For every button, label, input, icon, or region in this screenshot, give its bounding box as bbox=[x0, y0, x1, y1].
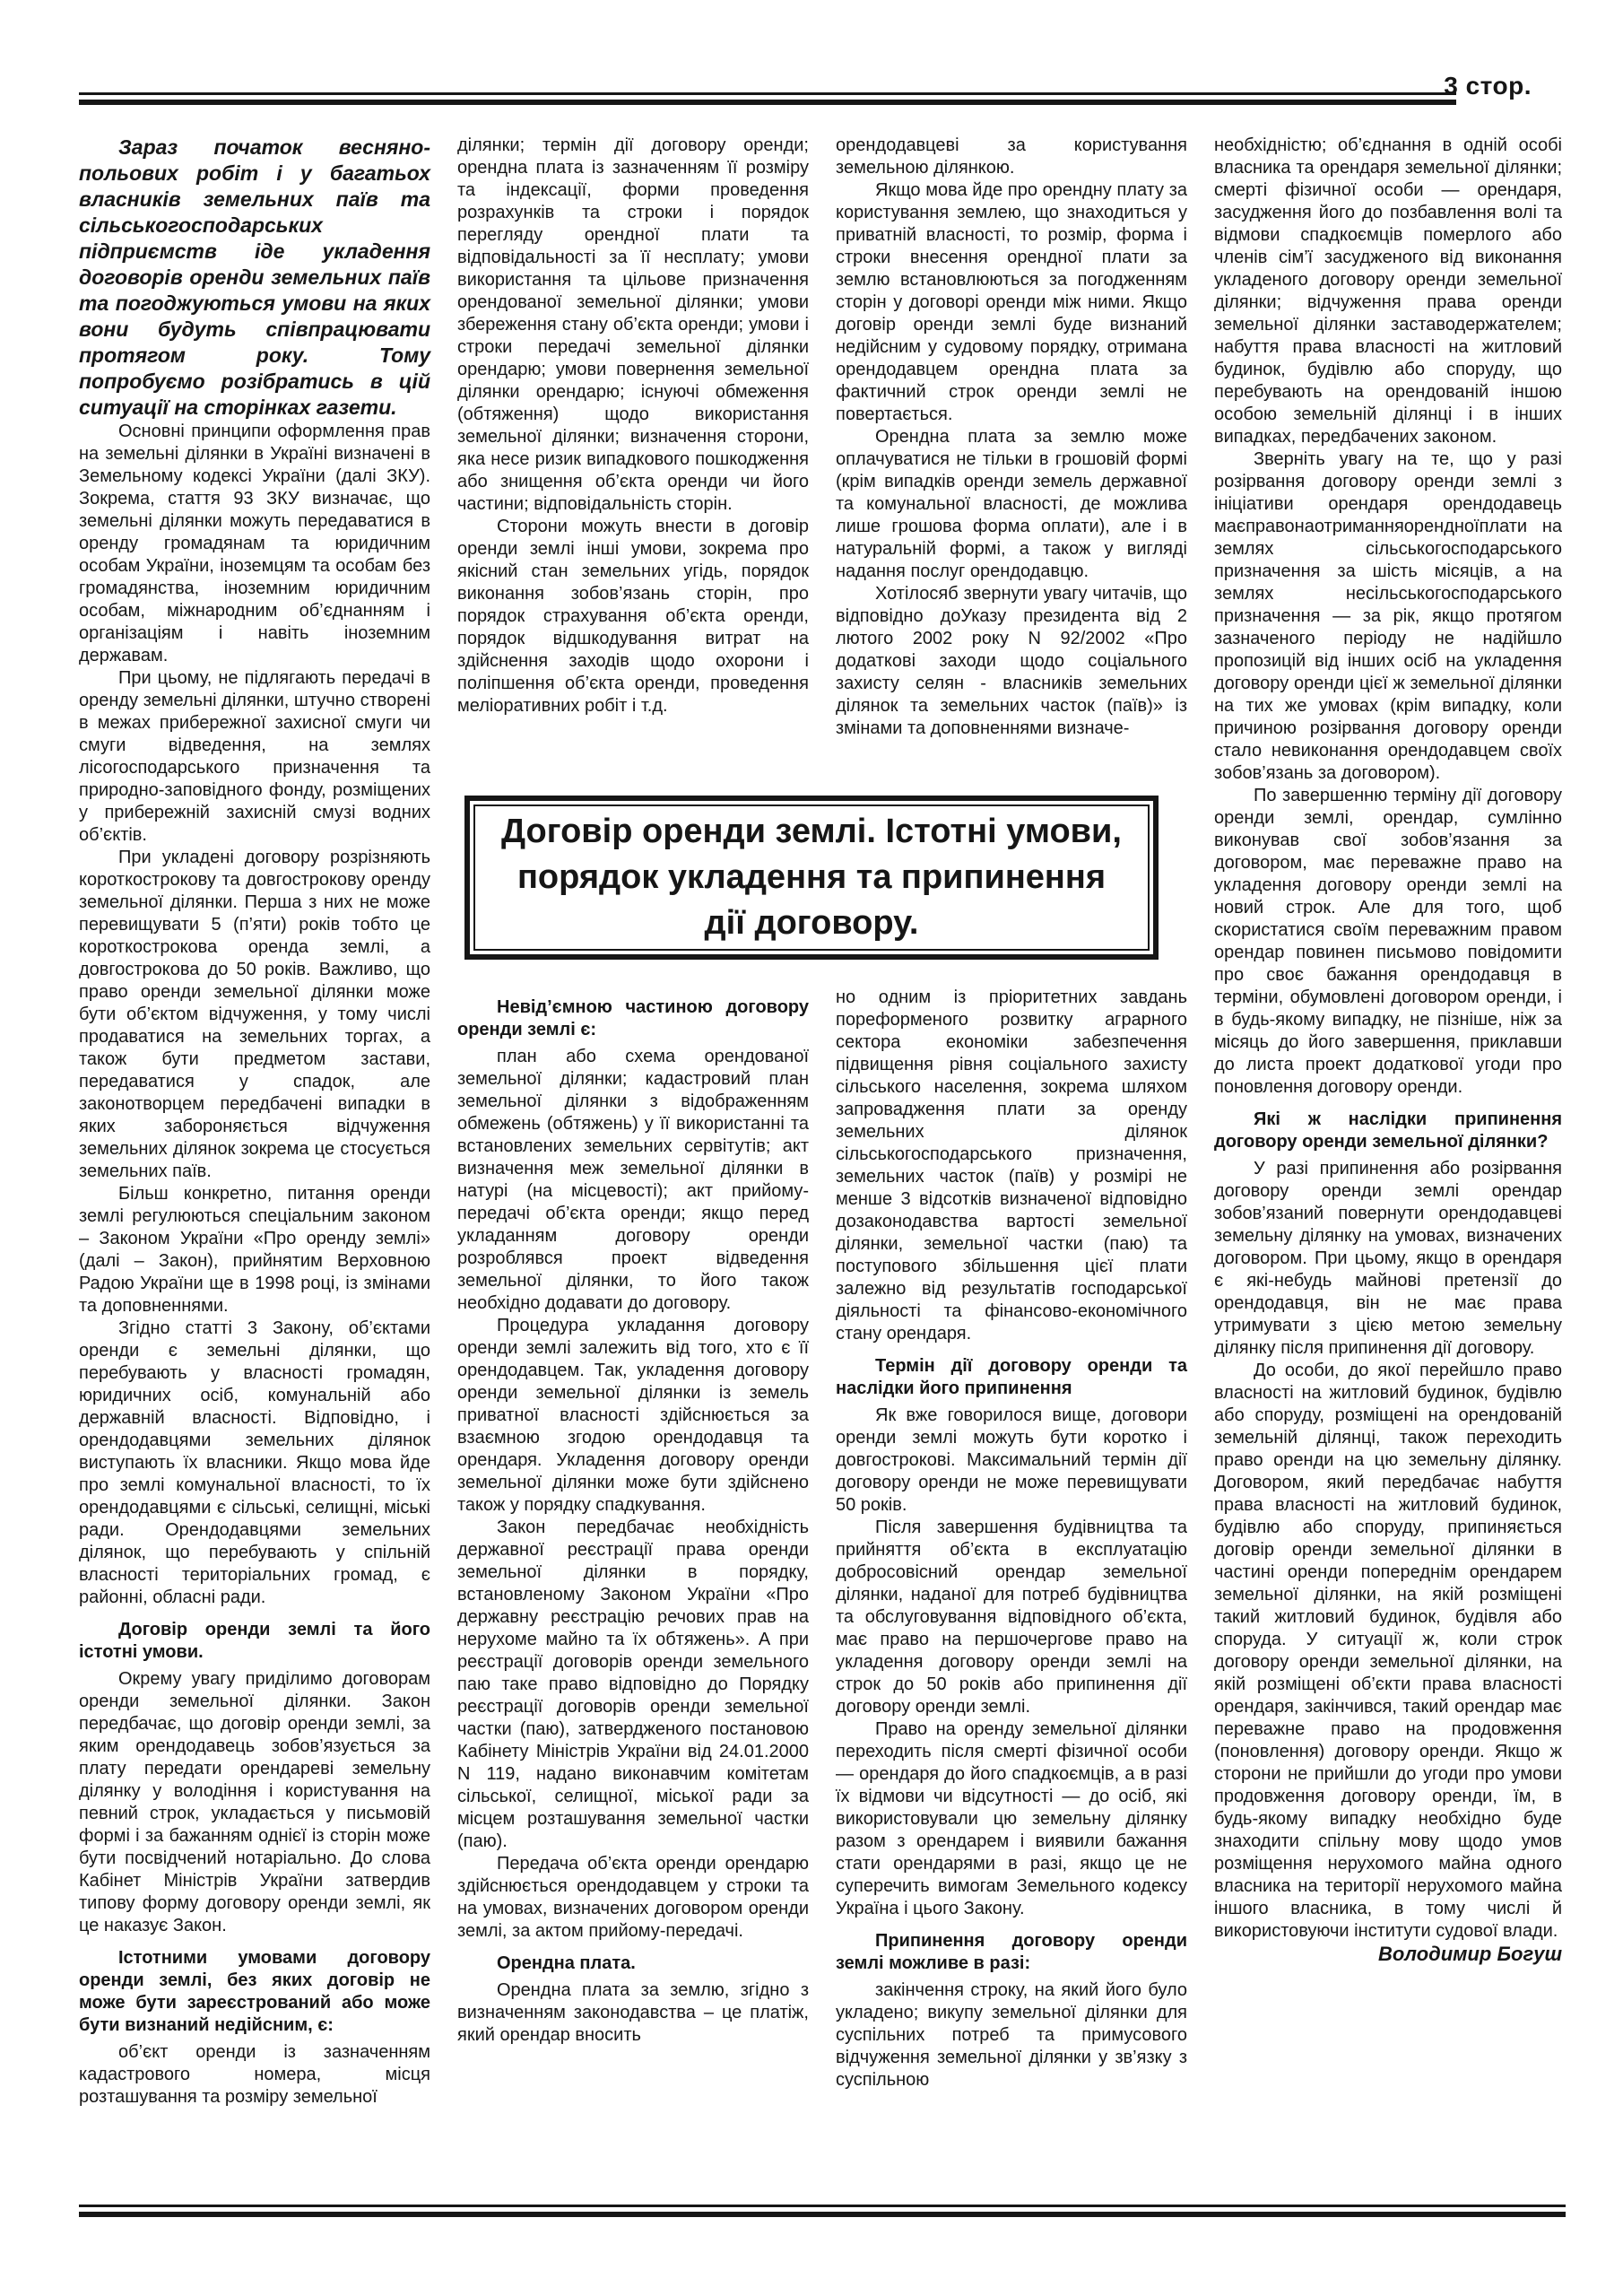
paragraph: необхідністю; об’єднання в одній особі в… bbox=[1214, 135, 1562, 448]
text-column-4: необхідністю; об’єднання в одній особі в… bbox=[1214, 135, 1562, 1965]
paragraph: Передача об’єкта оренди орендарю здійсню… bbox=[457, 1853, 809, 1943]
paragraph: план або схема орендованої земельної діл… bbox=[457, 1046, 809, 1315]
paragraph: При укладені договору розрізняють коротк… bbox=[79, 847, 430, 1183]
section-heading: Орендна плата. bbox=[457, 1952, 809, 1975]
paragraph: Після завершення будівництва та прийнятт… bbox=[836, 1517, 1187, 1718]
paragraph: ділянки; термін дії договору оренди; оре… bbox=[457, 135, 809, 516]
headline-line-1: Договір оренди землі. Істотні умови, bbox=[501, 809, 1122, 855]
text-column-1: Зараз початок весняно-польових робіт і у… bbox=[79, 135, 430, 2109]
paragraph: Сторони можуть внести в договір оренди з… bbox=[457, 516, 809, 717]
paragraph: Процедура укладання договору оренди земл… bbox=[457, 1315, 809, 1517]
headline-line-2: порядок укладення та припинення bbox=[517, 855, 1106, 900]
paragraph: Закон передбачає необхідність державної … bbox=[457, 1517, 809, 1853]
lead-intro-paragraph: Зараз початок весняно-польових робіт і у… bbox=[79, 135, 430, 421]
paragraph: У разі припинення або розірвання договор… bbox=[1214, 1158, 1562, 1360]
text-column-2: ділянки; термін дії договору оренди; оре… bbox=[457, 135, 809, 2047]
paragraph: Хотілосяб звернути увагу читачів, що від… bbox=[836, 583, 1187, 740]
column-3-upper-section: орендодавцеві за користування земельною … bbox=[836, 135, 1187, 782]
header-divider bbox=[79, 92, 1456, 105]
headline-line-3: дії договору. bbox=[705, 900, 919, 946]
column-2-upper-section: ділянки; термін дії договору оренди; оре… bbox=[457, 135, 809, 782]
section-heading: Які ж наслідки припинення договору оренд… bbox=[1214, 1109, 1562, 1153]
paragraph: Згідно статті 3 Закону, об’єктами оренди… bbox=[79, 1318, 430, 1609]
paragraph: Як вже говорилося вище, договори оренди … bbox=[836, 1405, 1187, 1517]
paragraph: Якщо мова йде про орендну плату за корис… bbox=[836, 179, 1187, 426]
paragraph: Основні принципи оформлення прав на земе… bbox=[79, 421, 430, 667]
author-signature: Володимир Богуш bbox=[1214, 1943, 1562, 1965]
paragraph: закінчення строку, на який його було укл… bbox=[836, 1979, 1187, 2092]
section-heading: Істотними умовами договору оренди землі,… bbox=[79, 1947, 430, 2037]
headline-box: Договір оренди землі. Істотні умови, пор… bbox=[464, 796, 1159, 960]
section-heading: Термін дії договору оренди та наслідки й… bbox=[836, 1355, 1187, 1400]
paragraph: По завершенню терміну дії договору оренд… bbox=[1214, 785, 1562, 1099]
paragraph: Зверніть увагу на те, що у разі розірван… bbox=[1214, 448, 1562, 785]
paragraph: Окрему увагу приділимо договорам оренди … bbox=[79, 1668, 430, 1937]
section-heading: Припинення договору оренди землі можливе… bbox=[836, 1930, 1187, 1975]
paragraph: орендодавцеві за користування земельною … bbox=[836, 135, 1187, 179]
paragraph: Більш конкретно, питання оренди землі ре… bbox=[79, 1183, 430, 1318]
paragraph: но одним із пріоритетних завдань порефор… bbox=[836, 987, 1187, 1345]
section-heading: Невід’ємною частиною договору оренди зем… bbox=[457, 996, 809, 1041]
paragraph: Орендна плата за землю, згідно з визначе… bbox=[457, 1979, 809, 2047]
newspaper-page: 3 стор. Зараз початок весняно-польових р… bbox=[0, 0, 1623, 2296]
headline-box-inner-border: Договір оренди землі. Істотні умови, пор… bbox=[473, 804, 1150, 951]
paragraph: Право на оренду земельної ділянки перехо… bbox=[836, 1718, 1187, 1920]
paragraph: об’єкт оренди із зазначенням кадастровог… bbox=[79, 2041, 430, 2109]
paragraph: До особи, до якої перейшло право власнос… bbox=[1214, 1360, 1562, 1943]
page-number-label: 3 стор. bbox=[1444, 72, 1532, 100]
paragraph: Орендна плата за землю може оплачуватися… bbox=[836, 426, 1187, 583]
text-column-3: орендодавцеві за користування земельною … bbox=[836, 135, 1187, 2092]
section-heading: Договір оренди землі та його істотні умо… bbox=[79, 1619, 430, 1664]
paragraph: При цьому, не підлягають передачі в орен… bbox=[79, 667, 430, 847]
footer-divider bbox=[79, 2205, 1566, 2217]
